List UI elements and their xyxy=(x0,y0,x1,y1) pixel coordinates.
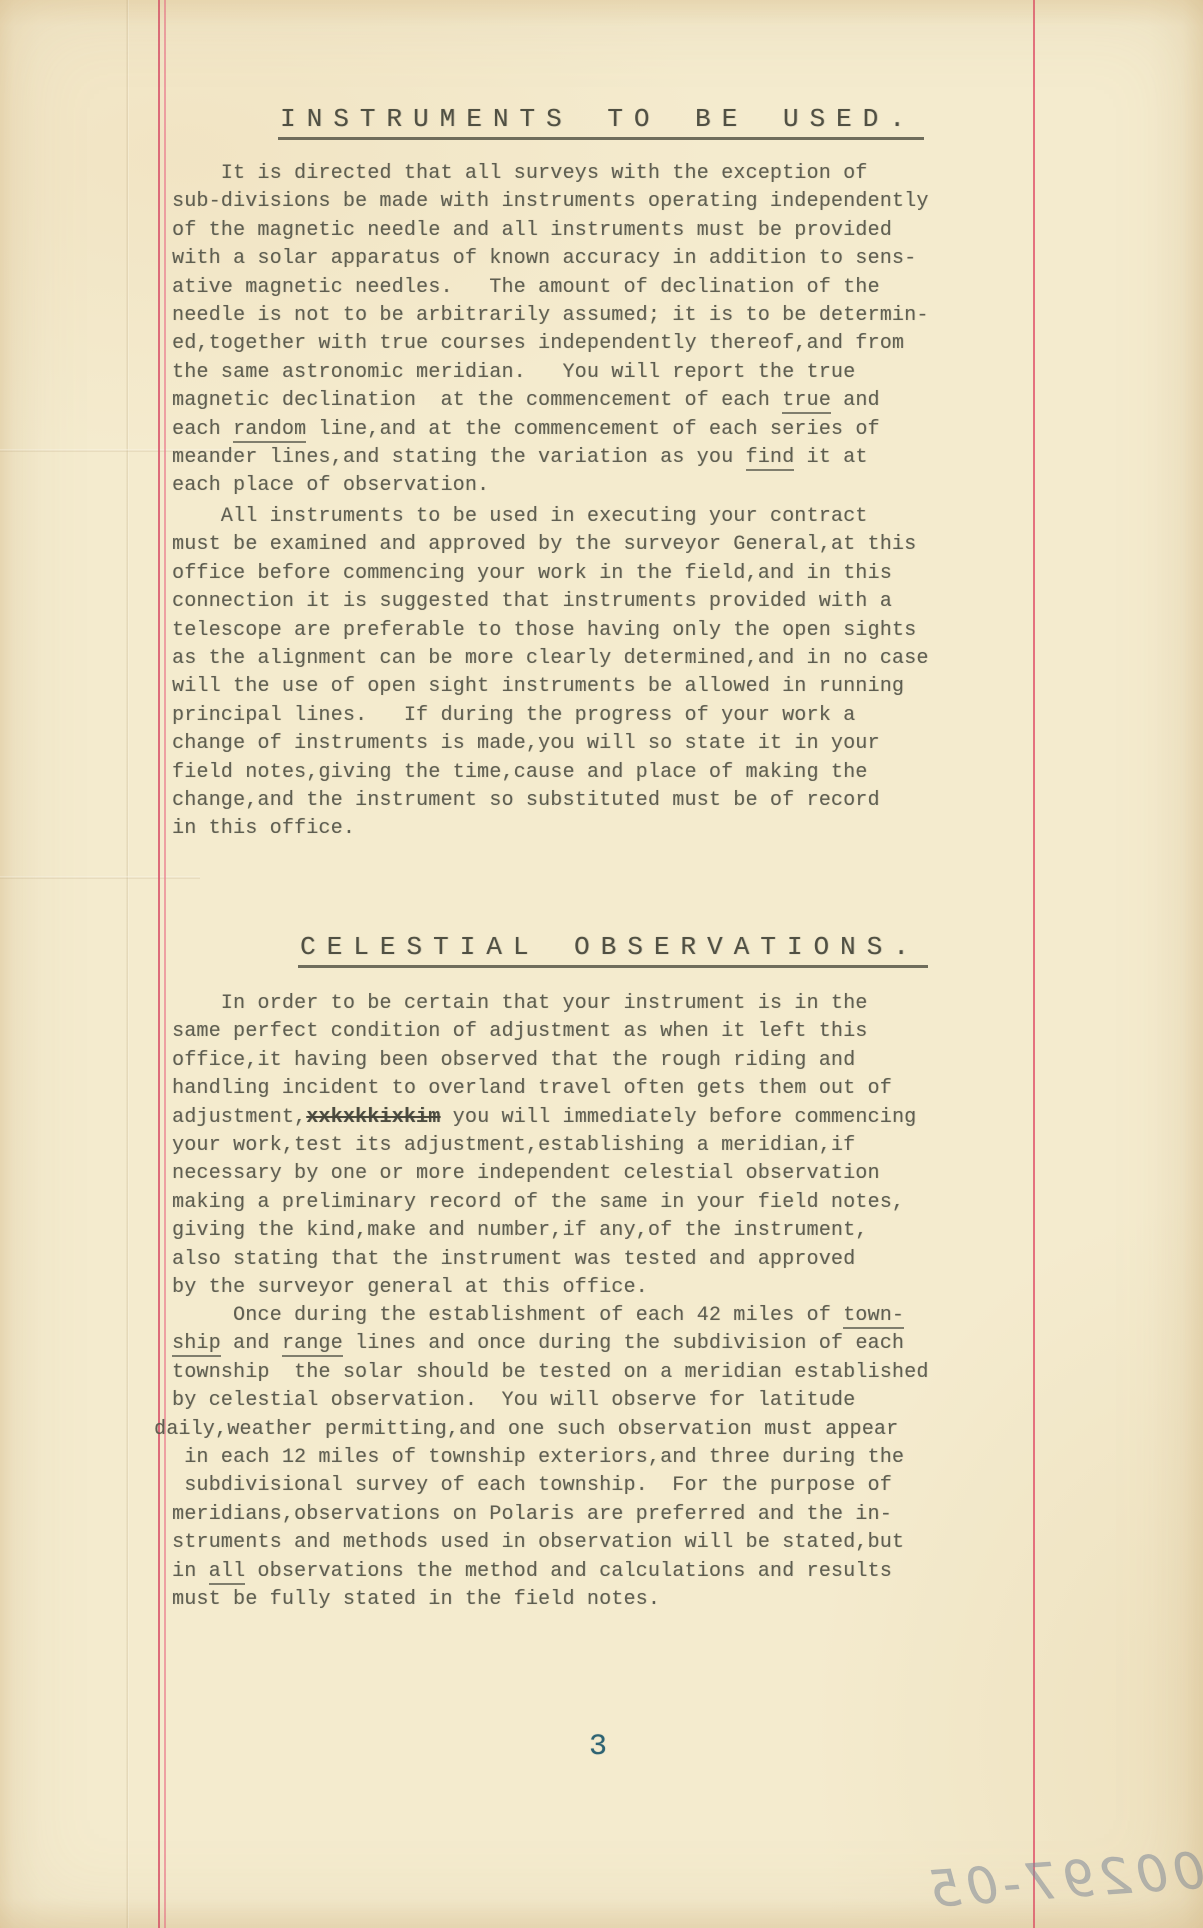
text-segment: the same astronomic meridian. You will r… xyxy=(172,361,855,384)
text-segment: in this office. xyxy=(172,817,355,840)
text-segment: handling incident to overland travel oft… xyxy=(172,1077,892,1100)
left-margin-line-outer xyxy=(158,0,160,1928)
text-line: also stating that the instrument was tes… xyxy=(172,1246,916,1274)
text-line: change,and the instrument so substituted… xyxy=(172,787,929,815)
text-segment: field notes,giving the time,cause and pl… xyxy=(172,761,868,784)
text-line: In order to be certain that your instrum… xyxy=(172,990,916,1018)
text-segment: as the alignment can be more clearly det… xyxy=(172,647,929,670)
text-line: as the alignment can be more clearly det… xyxy=(172,645,929,673)
underlined-word: ship xyxy=(172,1332,221,1357)
text-line: with a solar apparatus of known accuracy… xyxy=(172,245,929,273)
text-segment: with a solar apparatus of known accuracy… xyxy=(172,247,916,270)
text-segment: must be examined and approved by the sur… xyxy=(172,533,916,556)
text-line: must be fully stated in the field notes. xyxy=(172,1586,929,1614)
underlined-word: all xyxy=(209,1560,246,1585)
text-line: by the surveyor general at this office. xyxy=(172,1274,916,1302)
text-line: principal lines. If during the progress … xyxy=(172,702,929,730)
section-heading-celestial: CELESTIAL OBSERVATIONS. xyxy=(298,932,928,968)
text-segment: your work,test its adjustment,establishi… xyxy=(172,1134,855,1157)
right-margin-line xyxy=(1033,0,1035,1928)
text-segment: In order to be certain that your instrum… xyxy=(172,992,868,1015)
underlined-word: true xyxy=(782,389,831,414)
text-line: adjustment,xxkxkkixkim you will immediat… xyxy=(172,1104,916,1132)
text-line: township the solar should be tested on a… xyxy=(172,1359,929,1387)
text-line: subdivisional survey of each township. F… xyxy=(172,1472,929,1500)
text-line: giving the kind,make and number,if any,o… xyxy=(172,1217,916,1245)
text-line: magnetic declination at the commencement… xyxy=(172,387,929,415)
paper-crease-vertical xyxy=(126,0,129,1928)
text-segment: by celestial observation. You will obser… xyxy=(172,1389,855,1412)
text-segment: It is directed that all surveys with the… xyxy=(172,162,868,185)
text-segment: line,and at the commencement of each ser… xyxy=(306,418,880,441)
text-line: ative magnetic needles. The amount of de… xyxy=(172,274,929,302)
text-line: sub-divisions be made with instruments o… xyxy=(172,188,929,216)
text-line: office before commencing your work in th… xyxy=(172,560,929,588)
text-segment: office before commencing your work in th… xyxy=(172,562,892,585)
text-line: in all observations the method and calcu… xyxy=(172,1558,929,1586)
text-line: in each 12 miles of township exteriors,a… xyxy=(172,1444,929,1472)
underlined-word: range xyxy=(282,1332,343,1357)
text-segment: also stating that the instrument was tes… xyxy=(172,1248,855,1271)
text-line: meridians,observations on Polaris are pr… xyxy=(172,1501,929,1529)
text-segment: principal lines. If during the progress … xyxy=(172,704,855,727)
section-heading-instruments: INSTRUMENTS TO BE USED. xyxy=(278,104,924,140)
text-line: It is directed that all surveys with the… xyxy=(172,160,929,188)
text-segment: meander lines,and stating the variation … xyxy=(172,446,746,469)
text-segment: in each 12 miles of township exteriors,a… xyxy=(172,1446,904,1469)
text-segment: observations the method and calculations… xyxy=(245,1560,892,1583)
text-segment: All instruments to be used in executing … xyxy=(172,505,868,528)
text-line: needle is not to be arbitrarily assumed;… xyxy=(172,302,929,330)
struck-out-word: xxkxkkixkim xyxy=(306,1106,440,1129)
paper-crease-horizontal-2 xyxy=(0,876,200,879)
text-segment: it at xyxy=(794,446,867,469)
text-segment: of the magnetic needle and all instrumen… xyxy=(172,219,892,242)
text-segment: change,and the instrument so substituted… xyxy=(172,789,880,812)
paragraph-celestial-2: Once during the establishment of each 42… xyxy=(172,1302,929,1614)
text-segment: in xyxy=(172,1560,209,1583)
text-line: making a preliminary record of the same … xyxy=(172,1189,916,1217)
text-segment: by the surveyor general at this office. xyxy=(172,1276,648,1299)
text-segment: giving the kind,make and number,if any,o… xyxy=(172,1219,868,1242)
page-number: 3 xyxy=(589,1730,607,1764)
bleedthrough-handwritten-number: 10051-00297-05 xyxy=(811,1827,1203,1927)
text-line: ship and range lines and once during the… xyxy=(172,1330,929,1358)
text-line: meander lines,and stating the variation … xyxy=(172,444,929,472)
text-line: same perfect condition of adjustment as … xyxy=(172,1018,916,1046)
text-segment: daily,weather permitting,and one such ob… xyxy=(154,1418,898,1441)
text-line: All instruments to be used in executing … xyxy=(172,503,929,531)
left-margin-line-inner xyxy=(164,0,166,1928)
text-line: connection it is suggested that instrume… xyxy=(172,588,929,616)
text-segment: subdivisional survey of each township. F… xyxy=(172,1474,892,1497)
text-segment: adjustment, xyxy=(172,1106,306,1129)
text-segment: change of instruments is made,you will s… xyxy=(172,732,880,755)
text-line: struments and methods used in observatio… xyxy=(172,1529,929,1557)
text-line: the same astronomic meridian. You will r… xyxy=(172,359,929,387)
text-line: handling incident to overland travel oft… xyxy=(172,1075,916,1103)
text-line: by celestial observation. You will obser… xyxy=(172,1387,929,1415)
text-segment: and xyxy=(221,1332,282,1355)
paragraph-instruments-1: It is directed that all surveys with the… xyxy=(172,160,929,501)
text-line: must be examined and approved by the sur… xyxy=(172,531,929,559)
text-segment: and xyxy=(831,389,880,412)
text-segment: struments and methods used in observatio… xyxy=(172,1531,904,1554)
text-line: field notes,giving the time,cause and pl… xyxy=(172,759,929,787)
text-segment: must be fully stated in the field notes. xyxy=(172,1588,660,1611)
text-line: of the magnetic needle and all instrumen… xyxy=(172,217,929,245)
text-segment: making a preliminary record of the same … xyxy=(172,1191,904,1214)
text-line: Once during the establishment of each 42… xyxy=(172,1302,929,1330)
text-segment: ed,together with true courses independen… xyxy=(172,332,904,355)
underlined-word: find xyxy=(746,446,795,471)
text-segment: each place of observation. xyxy=(172,474,489,497)
text-segment: meridians,observations on Polaris are pr… xyxy=(172,1503,892,1526)
text-line: your work,test its adjustment,establishi… xyxy=(172,1132,916,1160)
text-line: each place of observation. xyxy=(172,472,929,500)
text-segment: each xyxy=(172,418,233,441)
text-segment: Once during the establishment of each 42… xyxy=(172,1304,843,1327)
text-line: daily,weather permitting,and one such ob… xyxy=(154,1416,929,1444)
text-segment: necessary by one or more independent cel… xyxy=(172,1162,880,1185)
text-line: office,it having been observed that the … xyxy=(172,1047,916,1075)
paragraph-celestial-1: In order to be certain that your instrum… xyxy=(172,990,916,1302)
text-segment: connection it is suggested that instrume… xyxy=(172,590,892,613)
document-page: INSTRUMENTS TO BE USED. CELESTIAL OBSERV… xyxy=(0,0,1203,1928)
text-segment: township the solar should be tested on a… xyxy=(172,1361,929,1384)
text-segment: same perfect condition of adjustment as … xyxy=(172,1020,868,1043)
text-segment: magnetic declination at the commencement… xyxy=(172,389,782,412)
text-line: telescope are preferable to those having… xyxy=(172,617,929,645)
text-line: change of instruments is made,you will s… xyxy=(172,730,929,758)
underlined-word: town- xyxy=(843,1304,904,1329)
underlined-word: random xyxy=(233,418,306,443)
text-line: will the use of open sight instruments b… xyxy=(172,673,929,701)
text-segment: sub-divisions be made with instruments o… xyxy=(172,190,929,213)
text-line: in this office. xyxy=(172,815,929,843)
text-line: each random line,and at the commencement… xyxy=(172,416,929,444)
text-line: necessary by one or more independent cel… xyxy=(172,1160,916,1188)
text-segment: telescope are preferable to those having… xyxy=(172,619,916,642)
text-segment: lines and once during the subdivision of… xyxy=(343,1332,904,1355)
text-segment: you will immediately before commencing xyxy=(440,1106,916,1129)
text-segment: office,it having been observed that the … xyxy=(172,1049,855,1072)
text-segment: ative magnetic needles. The amount of de… xyxy=(172,276,880,299)
text-segment: will the use of open sight instruments b… xyxy=(172,675,904,698)
paragraph-instruments-2: All instruments to be used in executing … xyxy=(172,503,929,844)
text-line: ed,together with true courses independen… xyxy=(172,330,929,358)
text-segment: needle is not to be arbitrarily assumed;… xyxy=(172,304,929,327)
